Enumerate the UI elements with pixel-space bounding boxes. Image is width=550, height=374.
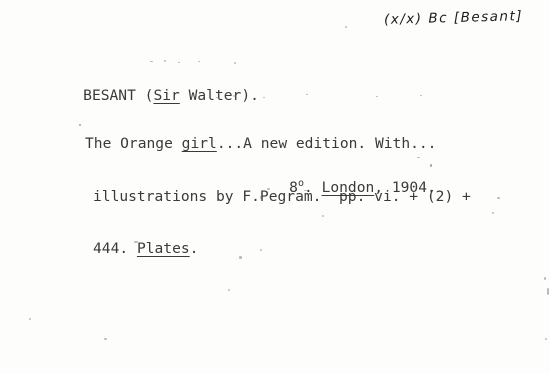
format-superscript: o <box>298 178 304 189</box>
entry-line-3: 444. Plates. <box>85 240 471 258</box>
noise-speck <box>178 62 180 63</box>
noise-speck <box>228 289 230 291</box>
noise-speck <box>233 95 235 97</box>
noise-speck <box>306 94 308 95</box>
imprint-separator: . <box>304 179 322 196</box>
imprint-line: 8o. London, 1904. <box>254 161 436 217</box>
noise-speck <box>322 215 324 217</box>
noise-speck <box>430 164 432 167</box>
noise-speck <box>304 190 307 191</box>
entry-line3-post: . <box>190 240 199 257</box>
entry-line1-pre: The Orange <box>85 135 182 152</box>
noise-speck <box>420 95 422 96</box>
noise-speck <box>291 191 293 192</box>
noise-speck <box>547 288 549 295</box>
noise-speck <box>234 62 236 64</box>
noise-speck <box>104 338 107 340</box>
entry-line3-pre: 444. <box>93 240 137 257</box>
noise-speck <box>216 97 218 98</box>
noise-speck <box>263 97 265 98</box>
entry-line-1: The Orange girl...A new edition. With... <box>85 135 471 153</box>
noise-speck <box>150 61 153 62</box>
noise-speck <box>260 196 262 199</box>
noise-speck <box>345 26 347 28</box>
noise-speck <box>544 277 546 280</box>
noise-speck <box>260 249 262 251</box>
noise-speck <box>376 96 378 97</box>
handwritten-annotation: (x/x) Bc [Besant] <box>384 8 523 28</box>
noise-speck <box>267 188 270 190</box>
noise-speck <box>29 318 31 320</box>
imprint-place-underlined: London <box>322 179 375 196</box>
noise-speck <box>497 197 500 199</box>
noise-speck <box>198 61 200 62</box>
noise-speck <box>545 338 547 340</box>
imprint-year: , 1904. <box>374 179 436 196</box>
catalog-card: (x/x) Bc [Besant] BESANT (Sir Walter). T… <box>0 0 550 374</box>
format-number: 8 <box>289 179 298 196</box>
noise-speck <box>134 241 138 243</box>
noise-speck <box>263 190 265 192</box>
entry-line3-underlined: Plates <box>137 240 190 257</box>
noise-speck <box>492 212 494 214</box>
entry-line1-post: ...A new edition. With... <box>217 135 437 152</box>
noise-speck <box>79 124 81 126</box>
entry-line1-underlined: girl <box>182 135 217 152</box>
noise-speck <box>417 157 420 158</box>
noise-speck <box>239 256 242 259</box>
noise-speck <box>164 60 166 62</box>
